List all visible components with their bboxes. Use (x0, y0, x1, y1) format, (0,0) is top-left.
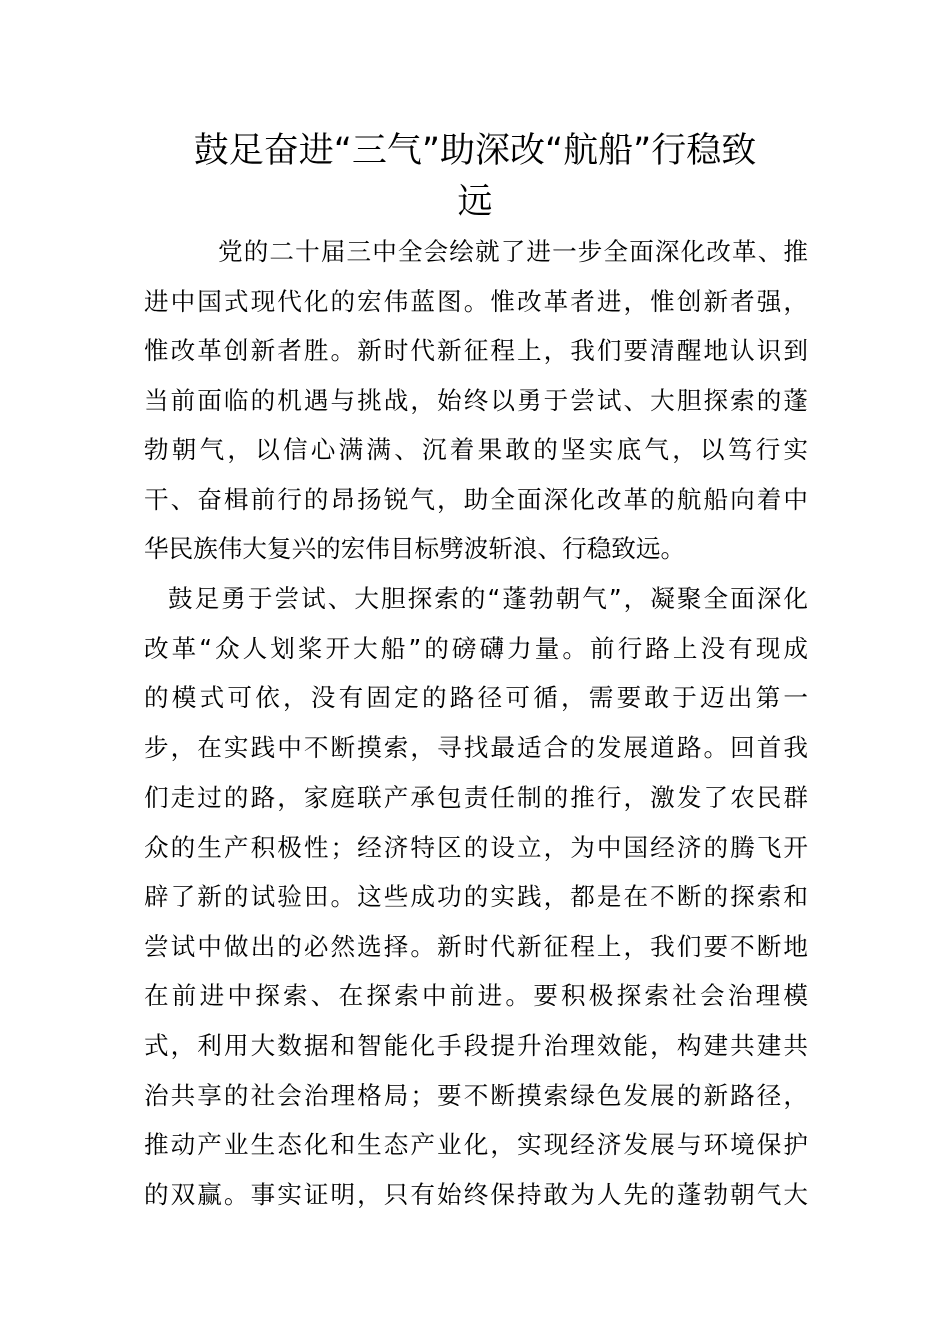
paragraph-2-line: 治共享的社会治理格局；要不断摸索绿色发展的新路径， (144, 1080, 808, 1112)
paragraph-2-line: 步，在实践中不断摸索，寻找最适合的发展道路。回首我 (144, 732, 808, 764)
paragraph-2-line: 式，利用大数据和智能化手段提升治理效能，构建共建共 (144, 1030, 808, 1062)
paragraph-1-line: 进中国式现代化的宏伟蓝图。惟改革者进，惟创新者强， (144, 286, 808, 318)
paragraph-2-line: 们走过的路，家庭联产承包责任制的推行，激发了农民群 (144, 782, 808, 814)
paragraph-1-line: 党的二十届三中全会绘就了进一步全面深化改革、推 (218, 236, 808, 268)
paragraph-1-line: 勃朝气，以信心满满、沉着果敢的坚实底气，以笃行实 (144, 434, 808, 466)
paragraph-1-line: 惟改革创新者胜。新时代新征程上，我们要清醒地认识到 (144, 335, 808, 367)
paragraph-2-line: 辟了新的试验田。这些成功的实践，都是在不断的探索和 (144, 881, 808, 913)
paragraph-2-line: 推动产业生态化和生态产业化，实现经济发展与环境保护 (144, 1129, 808, 1161)
paragraph-2-line: 尝试中做出的必然选择。新时代新征程上，我们要不断地 (144, 931, 808, 963)
paragraph-2-line: 的模式可依，没有固定的路径可循，需要敢于迈出第一 (144, 682, 808, 714)
document-title-line-1: 鼓足奋进“三气”助深改“航船”行稳致 (140, 127, 810, 175)
document-title-line-2: 远 (140, 178, 810, 226)
paragraph-1-line: 当前面临的机遇与挑战，始终以勇于尝试、大胆探索的蓬 (144, 385, 808, 417)
paragraph-2-line: 鼓足勇于尝试、大胆探索的“蓬勃朝气”，凝聚全面深化 (168, 583, 808, 615)
paragraph-2-line: 改革“众人划桨开大船”的磅礴力量。前行路上没有现成 (144, 633, 808, 665)
paragraph-1-line: 华民族伟大复兴的宏伟目标劈波斩浪、行稳致远。 (144, 533, 808, 565)
document-page: 鼓足奋进“三气”助深改“航船”行稳致 远 党的二十届三中全会绘就了进一步全面深化… (0, 0, 950, 1344)
paragraph-1-line: 干、奋楫前行的昂扬锐气，助全面深化改革的航船向着中 (144, 484, 808, 516)
paragraph-2-line: 的双赢。事实证明，只有始终保持敢为人先的蓬勃朝气大 (144, 1179, 808, 1211)
paragraph-2-line: 在前进中探索、在探索中前进。要积极探索社会治理模 (144, 980, 808, 1012)
paragraph-2-line: 众的生产积极性；经济特区的设立，为中国经济的腾飞开 (144, 832, 808, 864)
